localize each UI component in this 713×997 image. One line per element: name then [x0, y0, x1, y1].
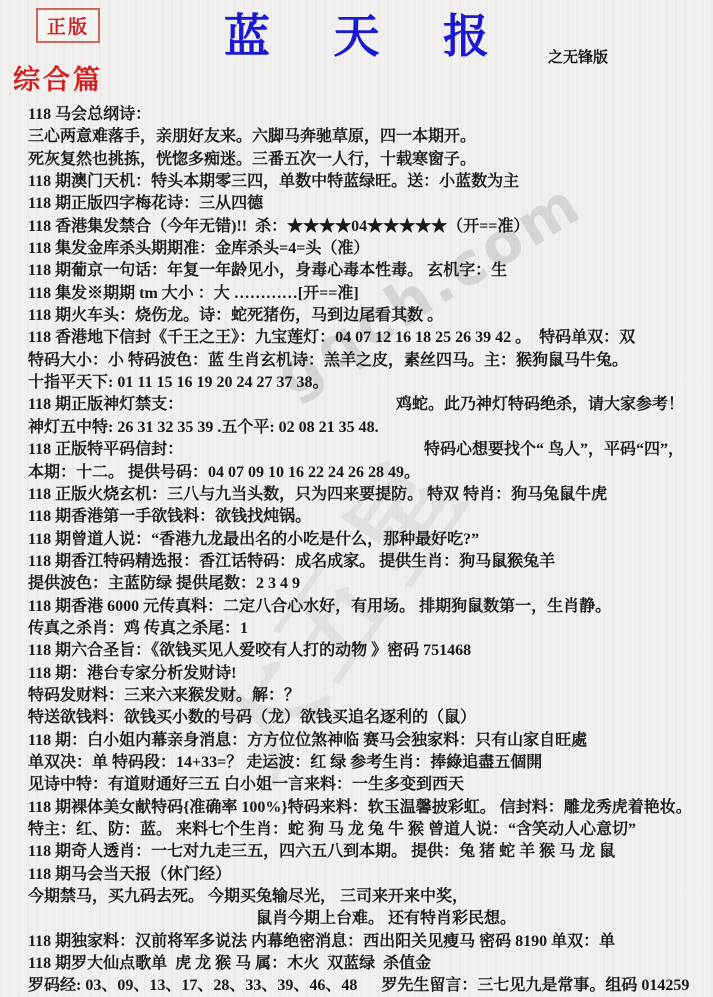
text-line: 118 期：白小姐内幕亲身消息：方方位位煞神临 赛马会独家料：只有山家自旺處: [28, 730, 688, 752]
text-line: 118 期马会当天报（休门经）: [28, 864, 688, 886]
text-line: 118 期曾道人说：“香港九龙最出名的小吃是什么，那种最好吃?”: [28, 529, 688, 551]
text-line: 特主：红、防：蓝。 来料七个生肖：蛇 狗 马 龙 兔 牛 猴 曾道人说：“含笑动…: [28, 819, 688, 841]
text-line: 118 期香港 6000 元传真料：二定八合心水好，有用场。 排期狗鼠数第一，生…: [28, 596, 688, 618]
text-line: 118 期正版四字梅花诗：三从四德: [28, 193, 688, 215]
text-line: 118 正版特平码信封：特码心想要找个“ 鸟人”，平码“四”，: [28, 439, 688, 461]
text-line: 三心两意难落手，亲朋好友来。六脚马奔驰草原，四一本期开。: [28, 126, 688, 148]
text-line: 本期：十二。 提供号码：04 07 09 10 16 22 24 26 28 4…: [28, 462, 688, 484]
text-line: 提供波色：主蓝防绿 提供尾数：2 3 4 9: [28, 573, 688, 595]
text-line: 118 期火车头：烧伤龙。诗：蛇死猪伤，马到边尾看其数 。: [28, 305, 688, 327]
text-line: 118 集发金库杀头期期准：金库杀头=4=头（准）: [28, 238, 688, 260]
text-line: 死灰复然也挑拣，恍惚多痴迷。三番五次一人行，十载寒窗子。: [28, 149, 688, 171]
line-left-text: 118 期正版神灯禁支：: [28, 394, 183, 416]
text-line: 118 期：港台专家分析发财诗!: [28, 663, 688, 685]
text-line: 神灯五中特: 26 31 32 35 39 .五个平: 02 08 21 35 …: [28, 417, 688, 439]
text-line: 118 期奇人透肖：一七对九走三五，四六五八到本期。 提供：兔 猪 蛇 羊 猴 …: [28, 841, 688, 863]
text-line: 118 正版火烧玄机：三八与九当头数，只为四来要提防。 特双 特肖：狗马兔鼠牛虎: [28, 484, 688, 506]
line-right-text: 鸡蛇。此乃神灯特码绝杀，请大家参考！: [396, 394, 684, 416]
text-line: 今期禁马，买九码去死。 今期买兔输尽光， 三司来开来中奖，: [28, 886, 688, 908]
section-title: 综合篇: [13, 58, 103, 97]
text-line: 特码大小：小 特码波色：蓝 生肖玄机诗：羔羊之皮，素丝四马。主：猴狗鼠马牛兔。: [28, 350, 688, 372]
line-left-text: 118 正版特平码信封：: [28, 439, 183, 461]
newspaper-page: gqch.com 大五星 正版 蓝 天 报 之无锋版 综合篇 118 马会总纲诗…: [0, 0, 713, 997]
text-line: 传真之杀肖：鸡 传真之杀尾：1: [28, 618, 688, 640]
text-line: 118 期正版神灯禁支：鸡蛇。此乃神灯特码绝杀，请大家参考！: [28, 394, 688, 416]
text-line: 118 香港地下信封《千王之王》：九宝莲灯：04 07 12 16 18 25 …: [28, 327, 688, 349]
text-line: 鼠肖今期上台难。 还有特肖彩民想。: [28, 908, 688, 930]
content-lines: 118 马会总纲诗：三心两意难落手，亲朋好友来。六脚马奔驰草原，四一本期开。死灰…: [28, 104, 688, 997]
text-line: 罗码经: 03、09、13、17、28、33、39、46、48 罗先生留言：三七…: [28, 975, 688, 997]
page-subtitle: 之无锋版: [548, 46, 608, 67]
text-line: 118 期六合圣旨：《欲钱买见人爱咬有人打的动物 》密码 751468: [28, 640, 688, 662]
text-line: 118 期罗大仙点歌单 虎 龙 猴 马 属：木火 双蓝绿 杀值金: [28, 953, 688, 975]
text-line: 118 期裸体美女献特码{准确率 100%}特码来料：软玉温馨披彩虹。 信封料：…: [28, 797, 688, 819]
text-line: 单双决：单 特码段：14+33=？ 走运波：红 绿 参考生肖：捧綠追盡五個開: [28, 752, 688, 774]
text-line: 118 集发※期期 tm 大小 ：大 …………[开==准]: [28, 283, 688, 305]
text-line: 特送欲钱料：欲钱买小数的号码（龙）欲钱买追名逐利的（鼠）: [28, 707, 688, 729]
text-line: 118 期澳门天机：特头本期零三四，单数中特蓝绿旺。送：小蓝数为主: [28, 171, 688, 193]
line-right-text: 特码心想要找个“ 鸟人”，平码“四”，: [424, 439, 684, 461]
text-line: 118 期香江特码精选报：香江话特码：成名成家。 提供生肖：狗马鼠猴兔羊: [28, 551, 688, 573]
text-line: 见诗中特：有道财通好三五 白小姐一言来料：一生多变到西天: [28, 774, 688, 796]
text-line: 十指平天下: 01 11 15 16 19 20 24 27 37 38。: [28, 372, 688, 394]
text-line: 118 期香港第一手欲钱料：欲钱找炖锅。: [28, 506, 688, 528]
text-line: 118 期葡京一句话：年复一年龄见小，身毒心毒本性毒。 玄机字：生: [28, 260, 688, 282]
text-line: 118 香港集发禁合（今年无错)!! 杀：★★★★04★★★★★（开==准）: [28, 216, 688, 238]
text-line: 118 期独家料：汉前将军多说法 内幕绝密消息：西出阳关见瘦马 密码 8190 …: [28, 931, 688, 953]
text-line: 118 马会总纲诗：: [28, 104, 688, 126]
text-line: 特码发财料：三来六来猴发财。解：？: [28, 685, 688, 707]
